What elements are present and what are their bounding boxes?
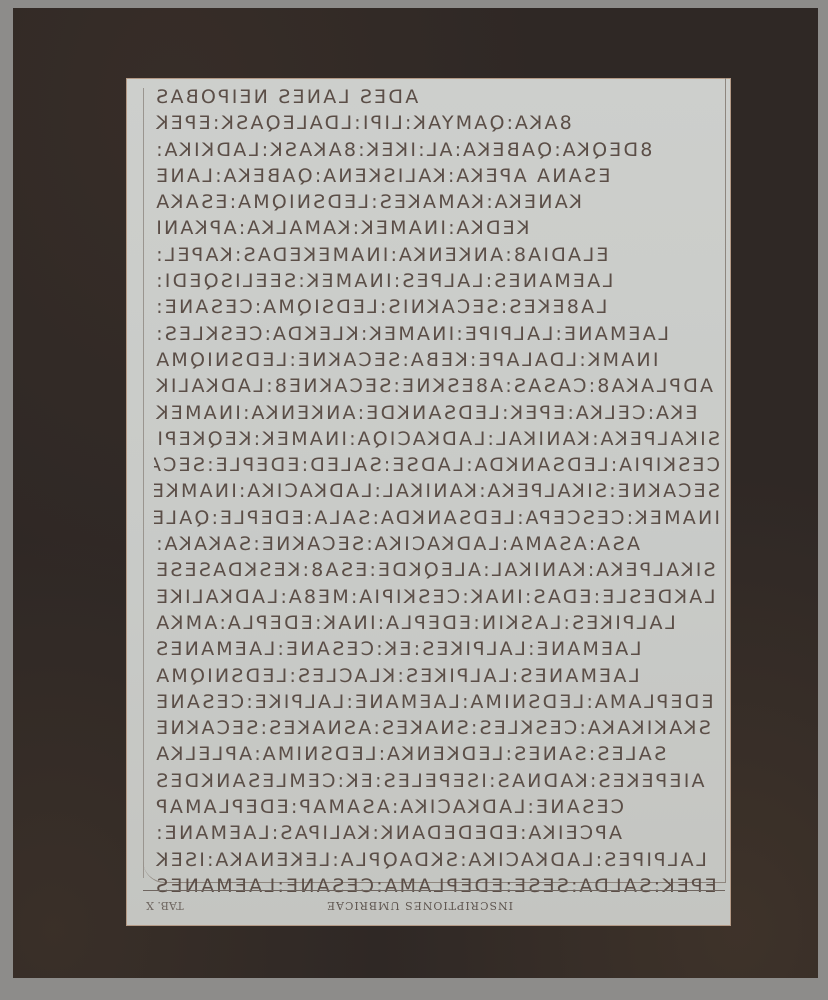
inscription-row: CESKIPIA:LEDSANKDA:LADSE:SALED:EDEPLE:SE… [154,452,720,478]
inscription-plate: ADES LANES NEIPOBAS 8AKA:QAMYAK:LIPI:LDA… [126,78,731,926]
inscription-row: KANEKA:KAMAKES:LEDSNIQMA:ESAKA [154,189,720,215]
plate-number: TAB. X [146,899,184,912]
inscription-row: LA8EKES:SECAKNIS:LEDSIQMA:CESANE: [154,294,720,320]
inscription-row: ADPLAKA8:CASAS:A8ESKNE:SECAKNE8:LADKALIK [154,373,720,399]
inscription-row: LAEMANES:LALPIKES:KLACLES:LEDSNIQMA [154,663,720,689]
plate-caption: TAB. X INSCRIPTIONES UMBRICAE [126,896,731,920]
inscription-row: SECAKNE:SIKALPEKA:KANIKAL:LADKACIKA:INAM… [154,478,720,504]
caption-title: INSCRIPTIONES UMBRICAE [326,899,513,912]
caption-rule [143,890,725,891]
inscription-row: LAEMANES:LALPES:INAMEK:SEELISQEDI: [154,268,720,294]
inscription-row: LAEMANE:LALPIPE:INAMEK:KLEKDA:CESKLES: [154,321,720,347]
inscription-row: INAMEK:CESCEPA:LEDSANKDA:SALA:EDEPLE:QAL… [154,505,720,531]
inscription-row: ESANA APEKA:KALISKENA:QABEKA:LANE [154,163,720,189]
inscription-text: ADES LANES NEIPOBAS 8AKA:QAMYAK:LIPI:LDA… [154,84,720,899]
inscription-row: ASA:ASAMA:LADKACIKA:SECAKNE:SAKAKA: [154,531,720,557]
inscription-row: AIEPEKES:KADNAS:ISEPELES:EK:CEMLESANKDES [154,768,720,794]
inscription-row: ADES LANES NEIPOBAS [154,84,720,110]
inscription-row: ELADIA8:ANKENKA:INAMEKEDAS:KAPEL: [154,242,720,268]
inscription-row: KEDKA:INAMEK:KAMALKA:APKANI [154,215,720,241]
inscription-row: LAEMANE:LALPIKES:EK:CESANE:LAEMANES [154,636,720,662]
inscription-row: APCEIKA:EDEDEDANK:KALIPAS:LAEMANE: [154,820,720,846]
photo-mount-board: ADES LANES NEIPOBAS 8AKA:QAMYAK:LIPI:LDA… [13,8,818,978]
inscription-row: LALPIKES:LASKIN:EDEPLA:INAK:EDEPLA:AMKA [154,610,720,636]
inscription-row: SIKALPEKA:KANIKAL:ALEQKDE:ESA8:KESKDASES… [154,557,720,583]
inscription-row: SALES:SANES:LEDKENKA:LEDSNIMA:APLELKA [154,741,720,767]
inscription-row: SIKALPEKA:KANIKAL:LADKACIQA:INAMEK:KEQKE… [154,426,720,452]
inscription-row: CESANE:LADKACIKA:ASAMAP:EDEPLAMAP [154,794,720,820]
inscription-row: EKA:CELKA:EPEK:LEDSANKDE:ANKENKA:INAMEK [154,400,720,426]
inscription-row: INAMK:LDALAPE:KEBA:SECAKNE:LEDSNIQMA [154,347,720,373]
inscription-row: 8AKA:QAMYAK:LIPI:LDALEQASK:EPEK [154,110,720,136]
inscription-row: LALPIPES:LADKACIKA:SKDAQPLA:LEKENAKA:ISE… [154,847,720,873]
inscription-row: EDEPLAMA:LEDSNIMA:LAEMANE:LALPIKE:CESANE [154,689,720,715]
inscription-row: 8DEQKA:QABEKA:AL:IKEK:8AKASK:LADKIKA: [154,137,720,163]
inscription-row: SKAKIKAKA:CESKLES:SNAKES:ASNAKES:SECAKNE [154,715,720,741]
inscription-row: LAKDESLE:EDAS:INAK:CESKIPIA:ME8A:LADKALI… [154,584,720,610]
